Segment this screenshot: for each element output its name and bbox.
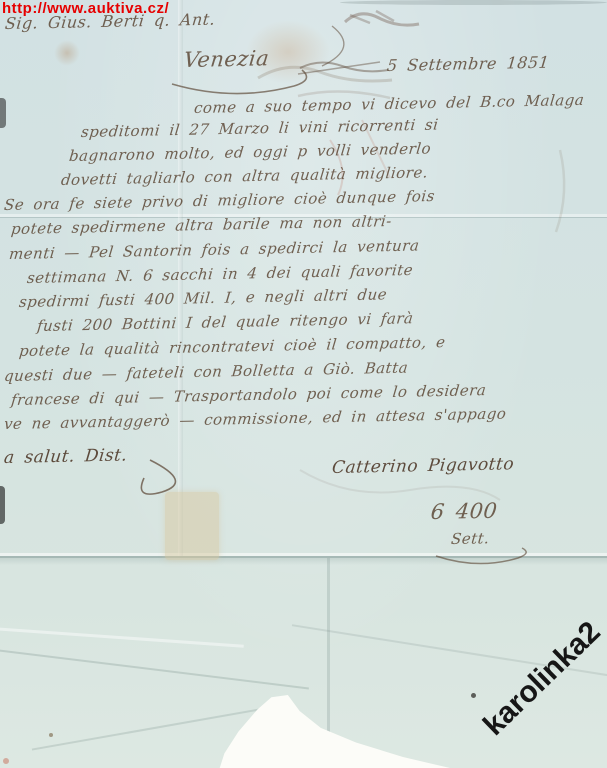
fold-crease-horizontal-lower-line (0, 556, 607, 558)
fold-crease-horizontal-lower-shadow (0, 558, 607, 565)
body-line: potete la qualità rincontratevi cioè il … (18, 333, 446, 360)
small-speck (49, 733, 53, 737)
ink-dot (471, 693, 476, 698)
left-edge-smudge-2 (0, 486, 5, 524)
body-line: dovetti tagliarlo con altra qualità migl… (60, 163, 429, 189)
body-line: Se ora fe siete privo di migliore cioè d… (3, 187, 436, 214)
body-line: bagnarono molto, ed oggi p volli venderl… (68, 139, 432, 165)
amount: 6 400 (430, 499, 499, 524)
top-edge-shadow (340, 0, 607, 5)
torn-paper-patch (215, 695, 450, 768)
left-edge-smudge-1 (0, 98, 6, 128)
recipient-city: Venezia (183, 46, 271, 72)
body-line: fusti 200 Bottini I del quale ritengo vi… (36, 309, 414, 335)
red-speck (3, 758, 9, 764)
amount-note: Sett. (450, 529, 490, 548)
body-line: francese di qui — Trasportandolo poi com… (10, 381, 487, 409)
auction-site-watermark: http://www.auktiva.cz/ (2, 0, 169, 17)
signature: Catterino Pigavotto (331, 454, 515, 478)
body-line: menti — Pel Santorin fois a spedirci la … (8, 236, 420, 263)
body-line: potete spedirmene altra barile ma non al… (10, 212, 393, 238)
body-line: settimana N. 6 sacchi in 4 dei quali fav… (26, 261, 414, 287)
letter-scan: Sig. Gius. Berti q. Ant. Venezia 5 Sette… (0, 0, 607, 768)
body-line: come a suo tempo vi dicevo del B.co Mala… (193, 91, 585, 117)
fold-crease-horizontal-lower-highlight (0, 553, 607, 556)
body-line: ve ne avvantaggerò — commissione, ed in … (3, 404, 507, 433)
seller-watermark: karolinka2 (477, 615, 607, 743)
body-line: spedirmi fusti 400 Mil. I, e negli altri… (18, 285, 388, 311)
paper-stain-top-left (54, 40, 80, 66)
fold-crease-diagonal-4 (0, 627, 244, 647)
body-line: questi due — fateteli con Bolletta a Giò… (3, 359, 409, 386)
tape-residue-strip (165, 492, 219, 560)
closing-line: a salut. Dist. (3, 445, 128, 468)
dateline: 5 Settembre 1851 (386, 53, 550, 75)
fold-crease-diagonal-1 (0, 649, 309, 690)
body-line: speditomi il 27 Marzo li vini ricorrenti… (80, 116, 439, 142)
